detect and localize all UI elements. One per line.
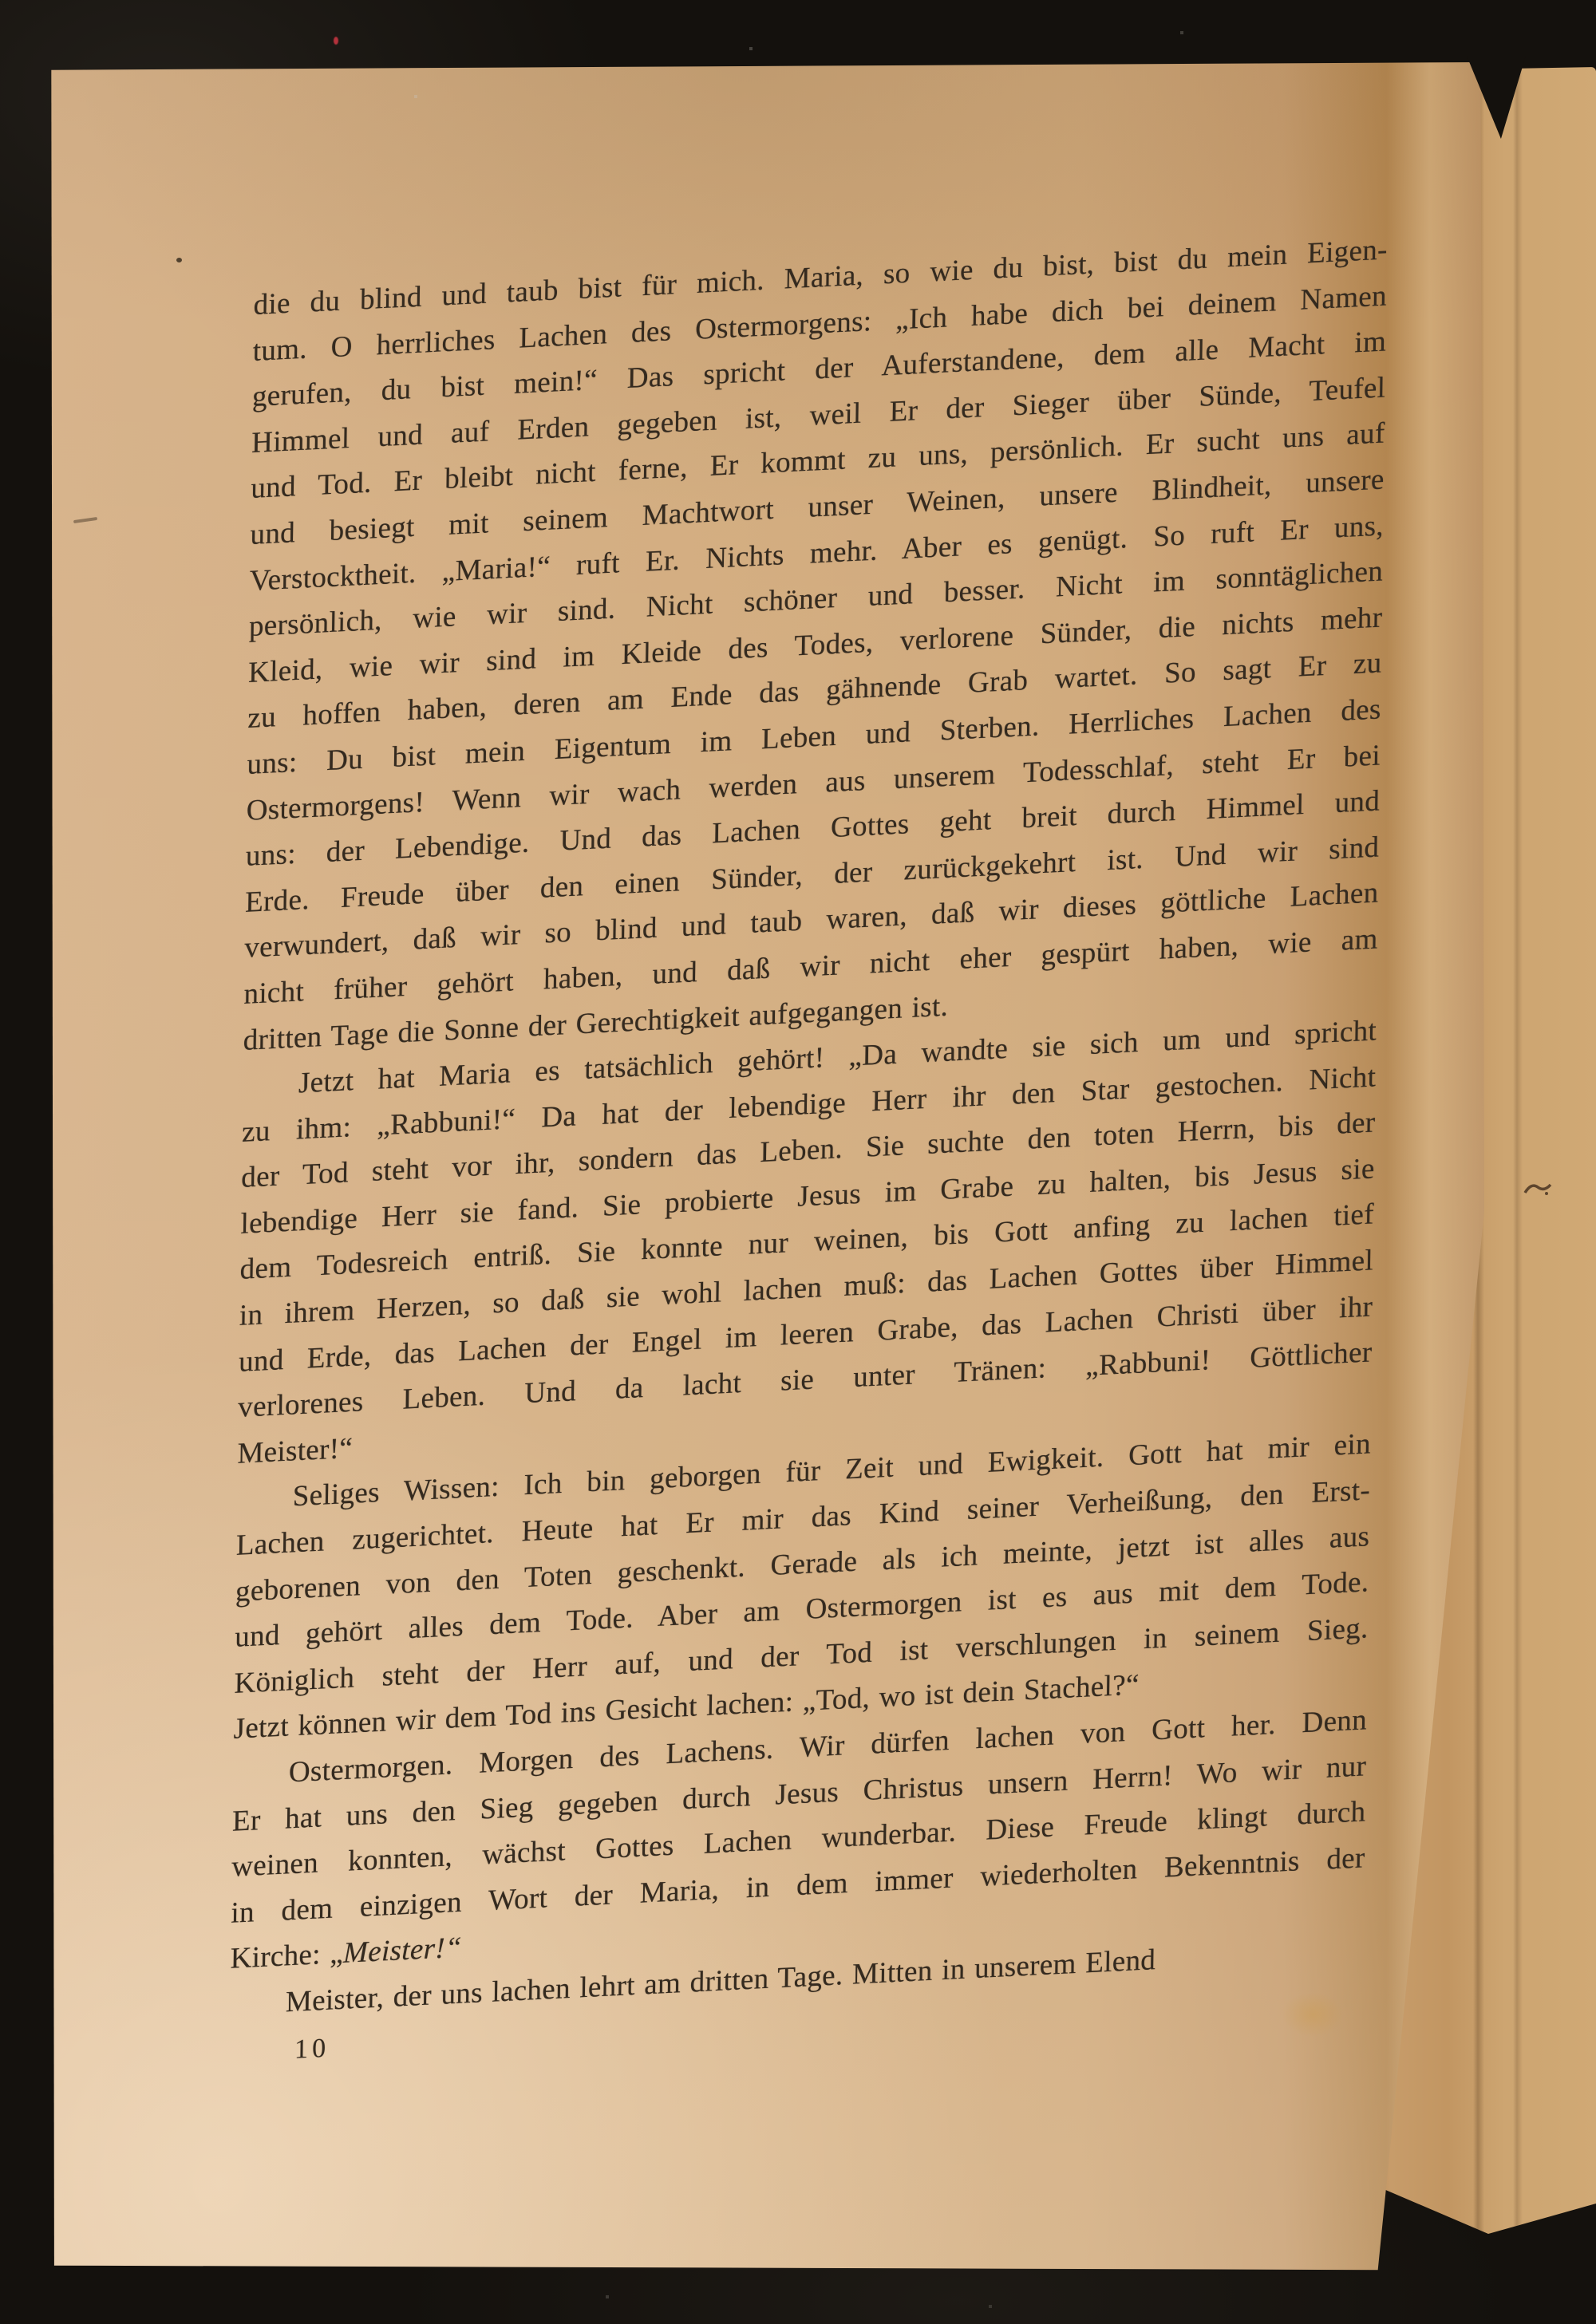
book-scan: die du blind und taub bist für mich. Mar…: [0, 0, 1596, 2324]
paper-speck: [176, 258, 182, 262]
squiggle-icon: [1523, 1178, 1553, 1200]
ink-squiggle-mark: [1523, 1178, 1553, 1204]
red-speck-mark: [334, 37, 338, 45]
dust-specks: [0, 0, 2, 2]
text-block: die du blind und taub bist für mich. Mar…: [229, 227, 1388, 2075]
paper-stain: [1269, 1983, 1357, 2046]
book-page: die du blind und taub bist für mich. Mar…: [46, 62, 1484, 2272]
